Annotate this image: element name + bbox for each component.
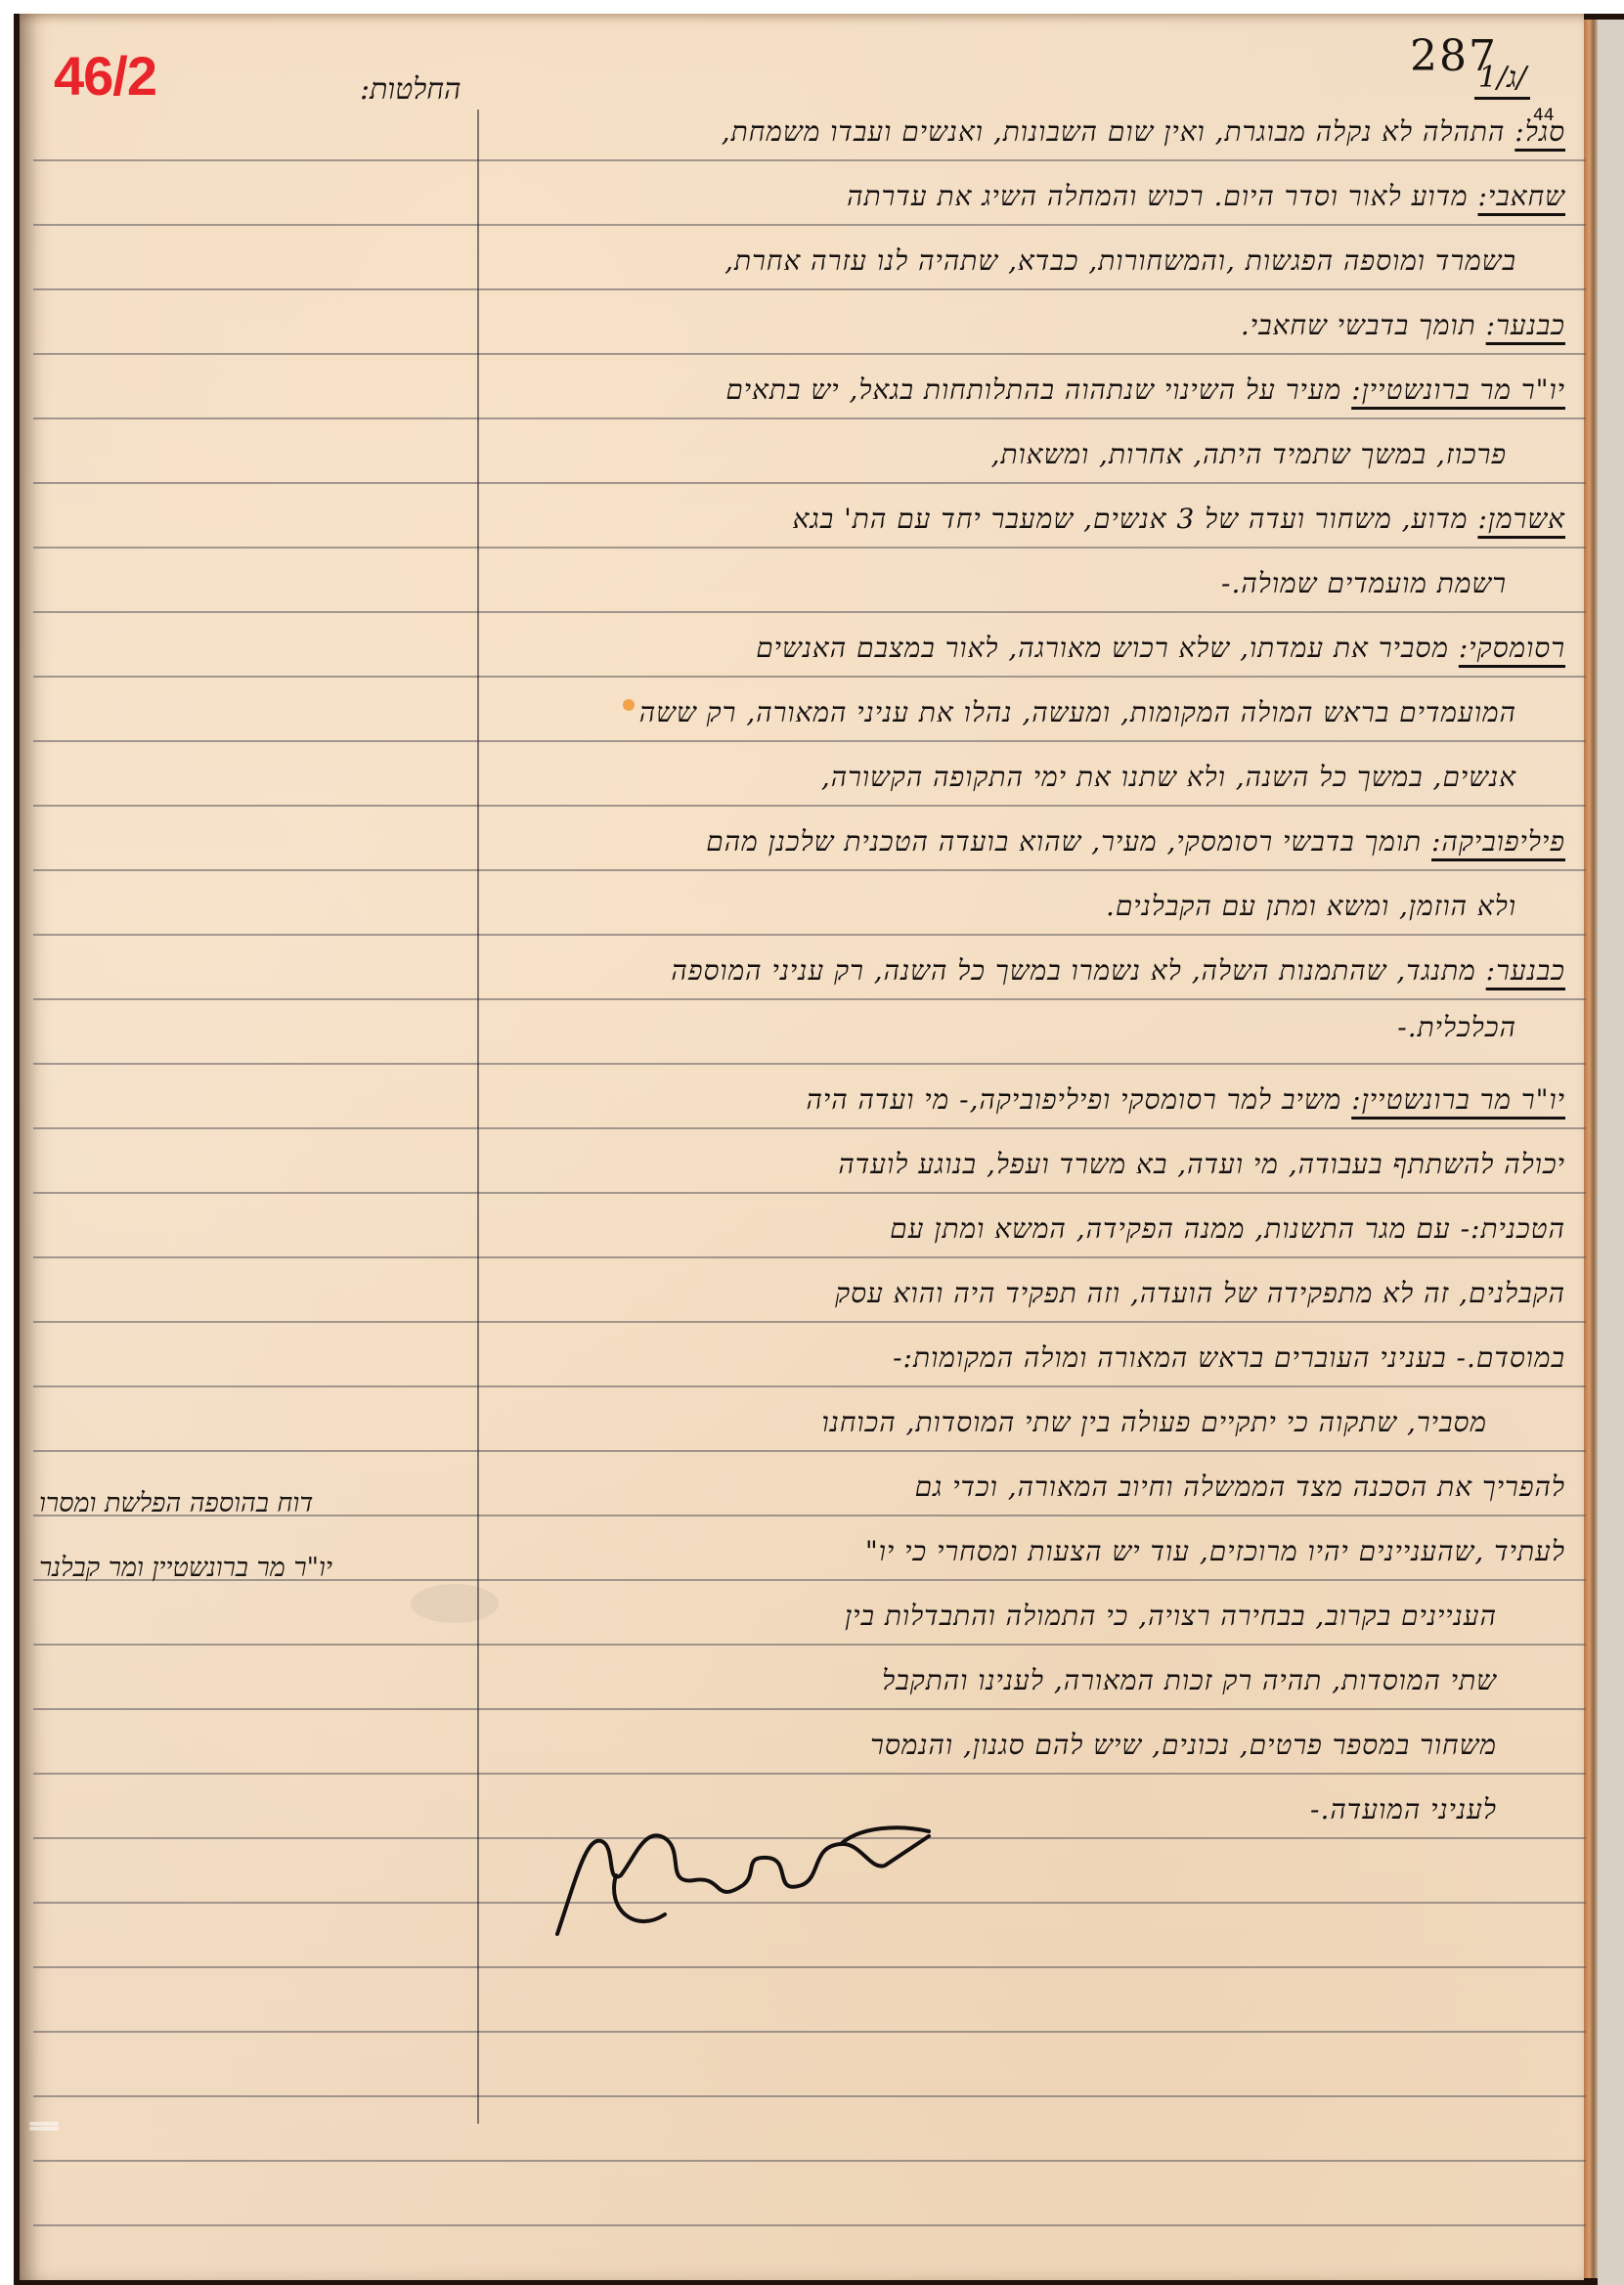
ruled-line bbox=[33, 417, 1586, 419]
ruled-line bbox=[33, 869, 1586, 871]
line-text: יכולה להשתתף בעבודה, מי ועדה, בא משרד וע… bbox=[838, 1148, 1565, 1180]
line-text: משיב למר רסומסקי ופיליפוביקה,- מי ועדה ה… bbox=[806, 1083, 1341, 1116]
paper-stain bbox=[623, 699, 635, 711]
paper-stain bbox=[411, 1584, 499, 1623]
ruled-line bbox=[33, 1644, 1586, 1646]
minutes-line: יו"ר מר ברונשטיין: מעיר על השינוי שנתהוה… bbox=[725, 374, 1565, 407]
ruled-line bbox=[33, 740, 1586, 742]
minutes-line: כבנער: מתנגד, שהתמנות השלה, לא נשמרו במש… bbox=[671, 954, 1565, 988]
speaker-name: שחאבי: bbox=[1478, 180, 1565, 212]
ruled-line bbox=[33, 547, 1586, 549]
date-note: ג/1/ bbox=[1474, 61, 1530, 100]
minutes-line: אשרמן: מדוע, משחור ועדה של 3 אנשים, שמעב… bbox=[793, 503, 1565, 536]
ruled-line bbox=[33, 1192, 1586, 1194]
line-text: משחור במספר פרטים, נכונים, שיש להם סגנון… bbox=[870, 1729, 1497, 1761]
line-text: מדוע, משחור ועדה של 3 אנשים, שמעבר יחד ע… bbox=[793, 503, 1469, 535]
signature-icon bbox=[548, 1817, 958, 1944]
line-text: במוסדם.- בעניני העוברים בראש המאורה ומול… bbox=[893, 1341, 1565, 1374]
minutes-line: המועמדים בראש המולה המקומות, ומעשה, נהלו… bbox=[639, 696, 1516, 729]
line-text: תומך בדבשי שחאבי. bbox=[1241, 309, 1476, 341]
ruled-line bbox=[33, 2095, 1586, 2097]
minutes-line: ולא הוזמן, ומשא ומתן עם הקבלנים. bbox=[1106, 890, 1516, 923]
margin-rule bbox=[477, 110, 479, 2124]
line-text: מתנגד, שהתמנות השלה, לא נשמרו במשך כל הש… bbox=[671, 954, 1475, 987]
ruled-line bbox=[33, 1708, 1586, 1710]
ruled-line bbox=[33, 353, 1586, 355]
line-text: התהלה לא נקלה מבוגרת, ואין שום השבונות, … bbox=[722, 115, 1506, 148]
minutes-line: יו"ר מר ברונשטיין: משיב למר רסומסקי ופיל… bbox=[806, 1083, 1565, 1117]
ruled-line bbox=[33, 676, 1586, 678]
ruled-line bbox=[33, 1321, 1586, 1323]
margin-note-line: יו"ר מר ברונשטיין ומר קבלנר bbox=[39, 1553, 332, 1583]
adjacent-page-strip bbox=[1598, 20, 1624, 2285]
minutes-line: מסביר, שתקוה כי יתקיים פעולה בין שתי המו… bbox=[822, 1406, 1487, 1439]
line-text: תומך בדבשי רסומסקי, מעיר, שהוא בועדה הטכ… bbox=[706, 825, 1422, 857]
line-text: המועמדים בראש המולה המקומות, ומעשה, נהלו… bbox=[639, 696, 1516, 728]
minutes-line: הטכנית:- עם מגר התשנות, ממנה הפקידה, המש… bbox=[890, 1212, 1565, 1246]
ruled-line bbox=[33, 159, 1586, 161]
minutes-line: יכולה להשתתף בעבודה, מי ועדה, בא משרד וע… bbox=[838, 1148, 1565, 1181]
ruled-line bbox=[33, 1256, 1586, 1258]
line-text: הכלכלית.- bbox=[1397, 1011, 1516, 1043]
minutes-line: לעתיד ,שהעניינים יהיו מרוכזים, עוד יש הצ… bbox=[865, 1535, 1565, 1568]
ruled-line bbox=[33, 2160, 1586, 2162]
ruled-line bbox=[33, 805, 1586, 807]
speaker-name: רסומסקי: bbox=[1459, 632, 1565, 664]
ruled-line bbox=[33, 1966, 1586, 1968]
minutes-line: משחור במספר פרטים, נכונים, שיש להם סגנון… bbox=[870, 1729, 1497, 1762]
archive-stamp: 46/2 bbox=[54, 44, 156, 108]
page-edge bbox=[1584, 20, 1598, 2278]
ruled-line bbox=[33, 611, 1586, 613]
ruled-line bbox=[33, 2031, 1586, 2033]
speaker-name: פיליפוביקה: bbox=[1431, 825, 1565, 857]
ruled-line bbox=[33, 934, 1586, 936]
ruled-line bbox=[33, 1773, 1586, 1775]
minutes-line: בשמרד ומוספה הפגשות ,והמשחורות, כבדא, שת… bbox=[724, 244, 1516, 278]
minutes-line: רשמת מועמדים שמולה.- bbox=[1221, 567, 1507, 600]
heading-note: החלטות: bbox=[360, 72, 461, 107]
ruled-line bbox=[33, 482, 1586, 484]
line-text: רשמת מועמדים שמולה.- bbox=[1221, 567, 1507, 599]
line-text: הקבלנים, זה לא מתפקידה של הועדה, וזה תפק… bbox=[835, 1277, 1565, 1309]
line-text: פרכוז, במשך שתמיד היתה, אחרות, ומשאות, bbox=[991, 438, 1507, 470]
ruled-line bbox=[33, 1063, 1586, 1065]
line-text: מדוע לאור וסדר היום. רכוש והמחלה השיג את… bbox=[847, 180, 1469, 212]
line-text: אנשים, במשך כל השנה, ולא שתנו את ימי התק… bbox=[821, 761, 1516, 793]
minutes-line: רסומסקי: מסביר את עמדתו, שלא רכוש מאורגה… bbox=[756, 632, 1565, 665]
speaker-name: כבנער: bbox=[1486, 954, 1565, 987]
ruled-line bbox=[33, 1450, 1586, 1452]
speaker-name: כבנער: bbox=[1486, 309, 1565, 341]
minutes-line: אנשים, במשך כל השנה, ולא שתנו את ימי התק… bbox=[821, 761, 1516, 794]
minutes-line: פרכוז, במשך שתמיד היתה, אחרות, ומשאות, bbox=[991, 438, 1507, 471]
minutes-line: הכלכלית.- bbox=[1397, 1011, 1516, 1044]
margin-note-line: דוח בהוספה הפלשת ומסרו bbox=[39, 1488, 313, 1518]
minutes-line: להפריך את הסכנה מצד הממשלה וחיוב המאורה,… bbox=[915, 1471, 1565, 1504]
speaker-name: סגל: bbox=[1514, 115, 1565, 148]
ruled-line bbox=[33, 288, 1586, 290]
line-text: העניינים בקרוב, בבחירה רצויה, כי התמולה … bbox=[845, 1600, 1497, 1632]
ruled-line bbox=[33, 2224, 1586, 2226]
minutes-line: העניינים בקרוב, בבחירה רצויה, כי התמולה … bbox=[845, 1600, 1497, 1633]
line-text: ולא הוזמן, ומשא ומתן עם הקבלנים. bbox=[1106, 890, 1516, 922]
minutes-line: כבנער: תומך בדבשי שחאבי. bbox=[1241, 309, 1565, 342]
binding-mark bbox=[29, 2127, 59, 2131]
ruled-line bbox=[33, 998, 1586, 1000]
line-text: לעתיד ,שהעניינים יהיו מרוכזים, עוד יש הצ… bbox=[865, 1535, 1565, 1567]
line-text: בשמרד ומוספה הפגשות ,והמשחורות, כבדא, שת… bbox=[724, 244, 1516, 277]
ruled-line bbox=[33, 224, 1586, 226]
minutes-line: פיליפוביקה: תומך בדבשי רסומסקי, מעיר, שה… bbox=[706, 825, 1565, 858]
speaker-name: יו"ר מר ברונשטיין: bbox=[1351, 374, 1565, 406]
ruled-line bbox=[33, 1127, 1586, 1129]
minutes-line: לעניני המועדה.- bbox=[1310, 1793, 1497, 1826]
ruled-line bbox=[33, 1385, 1586, 1387]
line-text: להפריך את הסכנה מצד הממשלה וחיוב המאורה,… bbox=[915, 1471, 1565, 1503]
line-text: לעניני המועדה.- bbox=[1310, 1793, 1497, 1825]
minutes-line: שתי המוסדות, תהיה רק זכות המאורה, לענינו… bbox=[882, 1664, 1497, 1697]
line-text: שתי המוסדות, תהיה רק זכות המאורה, לענינו… bbox=[882, 1664, 1497, 1696]
minutes-line: שחאבי: מדוע לאור וסדר היום. רכוש והמחלה … bbox=[847, 180, 1565, 213]
line-text: מסביר את עמדתו, שלא רכוש מאורגה, לאור במ… bbox=[756, 632, 1449, 664]
minutes-line: הקבלנים, זה לא מתפקידה של הועדה, וזה תפק… bbox=[835, 1277, 1565, 1310]
speaker-name: יו"ר מר ברונשטיין: bbox=[1351, 1083, 1565, 1116]
minutes-line: סגל: התהלה לא נקלה מבוגרת, ואין שום השבו… bbox=[722, 115, 1565, 149]
line-text: מעיר על השינוי שנתהוה בהתלותחות בגאל, יש… bbox=[725, 374, 1341, 406]
minutes-line: במוסדם.- בעניני העוברים בראש המאורה ומול… bbox=[893, 1341, 1565, 1375]
speaker-name: אשרמן: bbox=[1477, 503, 1565, 535]
line-text: מסביר, שתקוה כי יתקיים פעולה בין שתי המו… bbox=[822, 1406, 1487, 1438]
line-text: הטכנית:- עם מגר התשנות, ממנה הפקידה, המש… bbox=[890, 1212, 1565, 1245]
binding-mark bbox=[29, 2122, 59, 2126]
